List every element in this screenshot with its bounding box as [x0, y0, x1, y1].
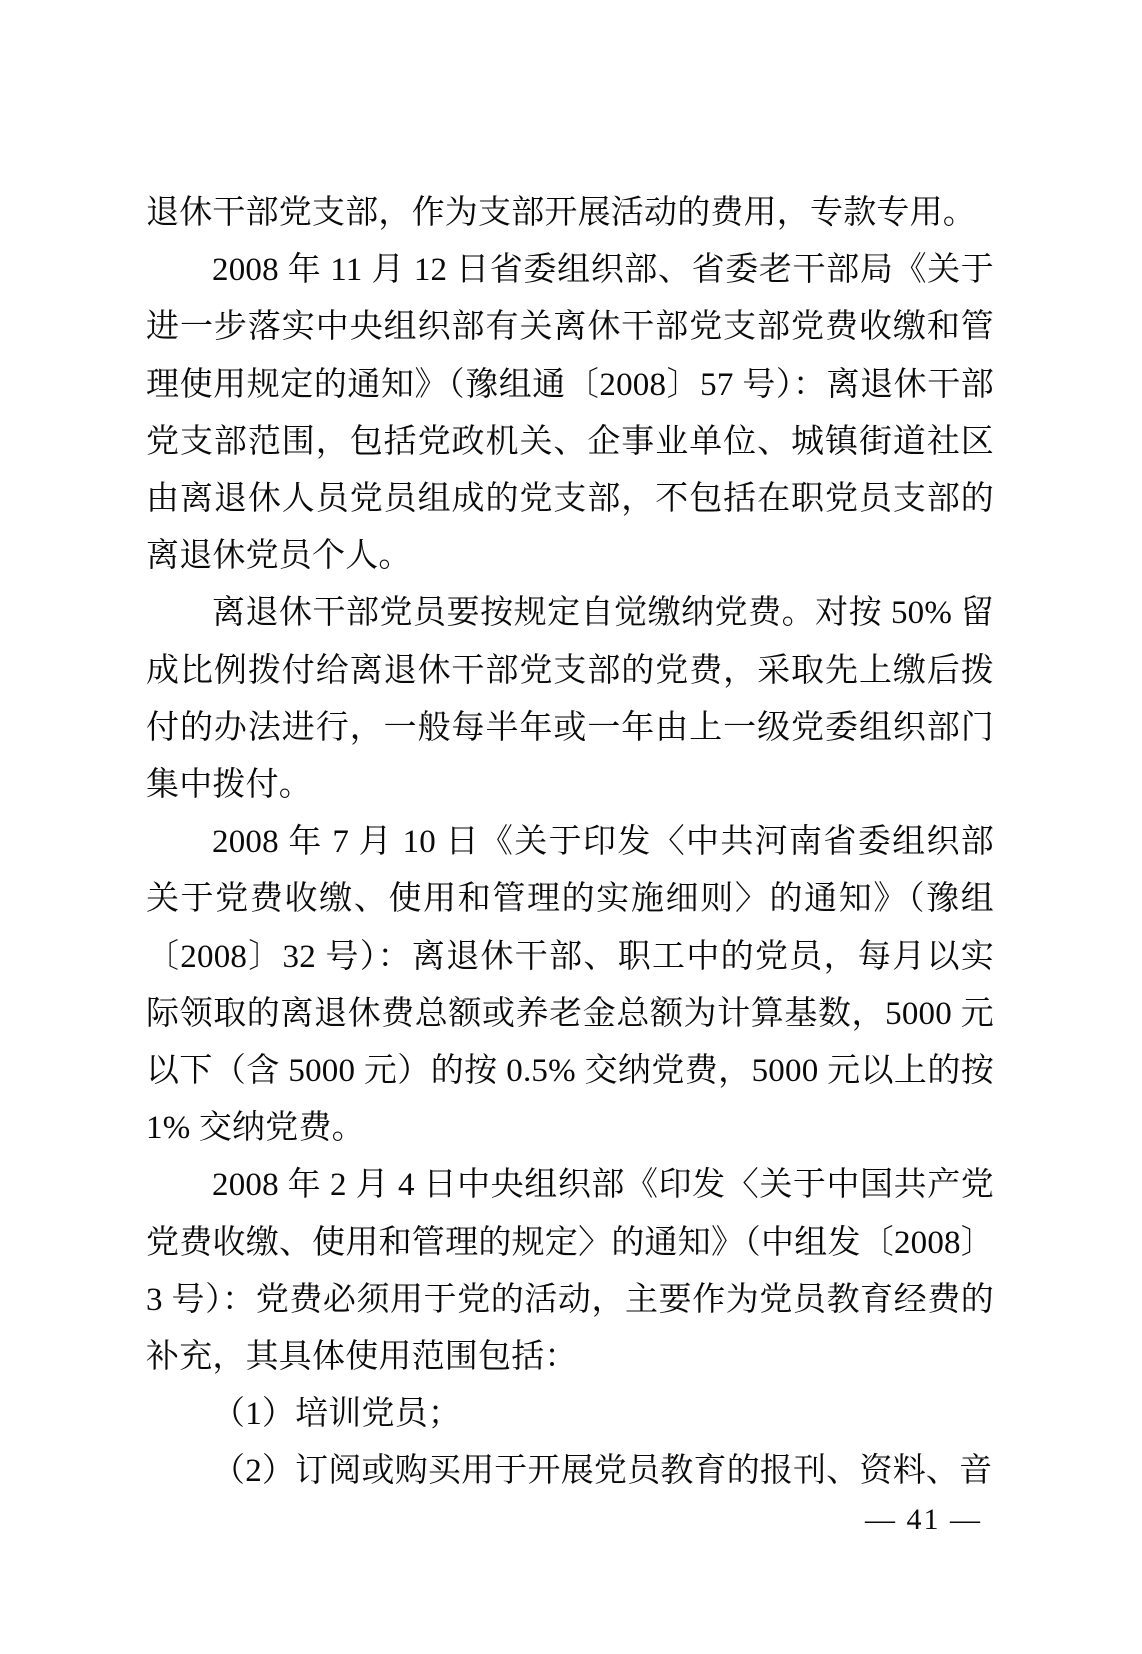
- list-item-1: （1）培训党员；: [146, 1386, 994, 1443]
- paragraph-fee-payment-rule: 离退休干部党员要按规定自觉缴纳党费。对按 50% 留成比例拨付给离退休干部党支部…: [146, 585, 994, 814]
- document-page: 退休干部党支部，作为支部开展活动的费用，专款专用。 2008 年 11 月 12…: [0, 0, 1142, 1654]
- body-text: 退休干部党支部，作为支部开展活动的费用，专款专用。 2008 年 11 月 12…: [146, 185, 994, 1501]
- paragraph-notice-2008-11-12: 2008 年 11 月 12 日省委组织部、省委老干部局《关于进一步落实中央组织…: [146, 242, 994, 585]
- paragraph-notice-2008-02-04: 2008 年 2 月 4 日中央组织部《印发〈关于中国共产党党费收缴、使用和管理…: [146, 1157, 994, 1386]
- list-item-2: （2）订阅或购买用于开展党员教育的报刊、资料、音: [146, 1443, 994, 1500]
- paragraph-notice-2008-07-10: 2008 年 7 月 10 日《关于印发〈中共河南省委组织部关于党费收缴、使用和…: [146, 814, 994, 1157]
- paragraph-continuation: 退休干部党支部，作为支部开展活动的费用，专款专用。: [146, 185, 994, 242]
- page-number: — 41 —: [865, 1503, 982, 1537]
